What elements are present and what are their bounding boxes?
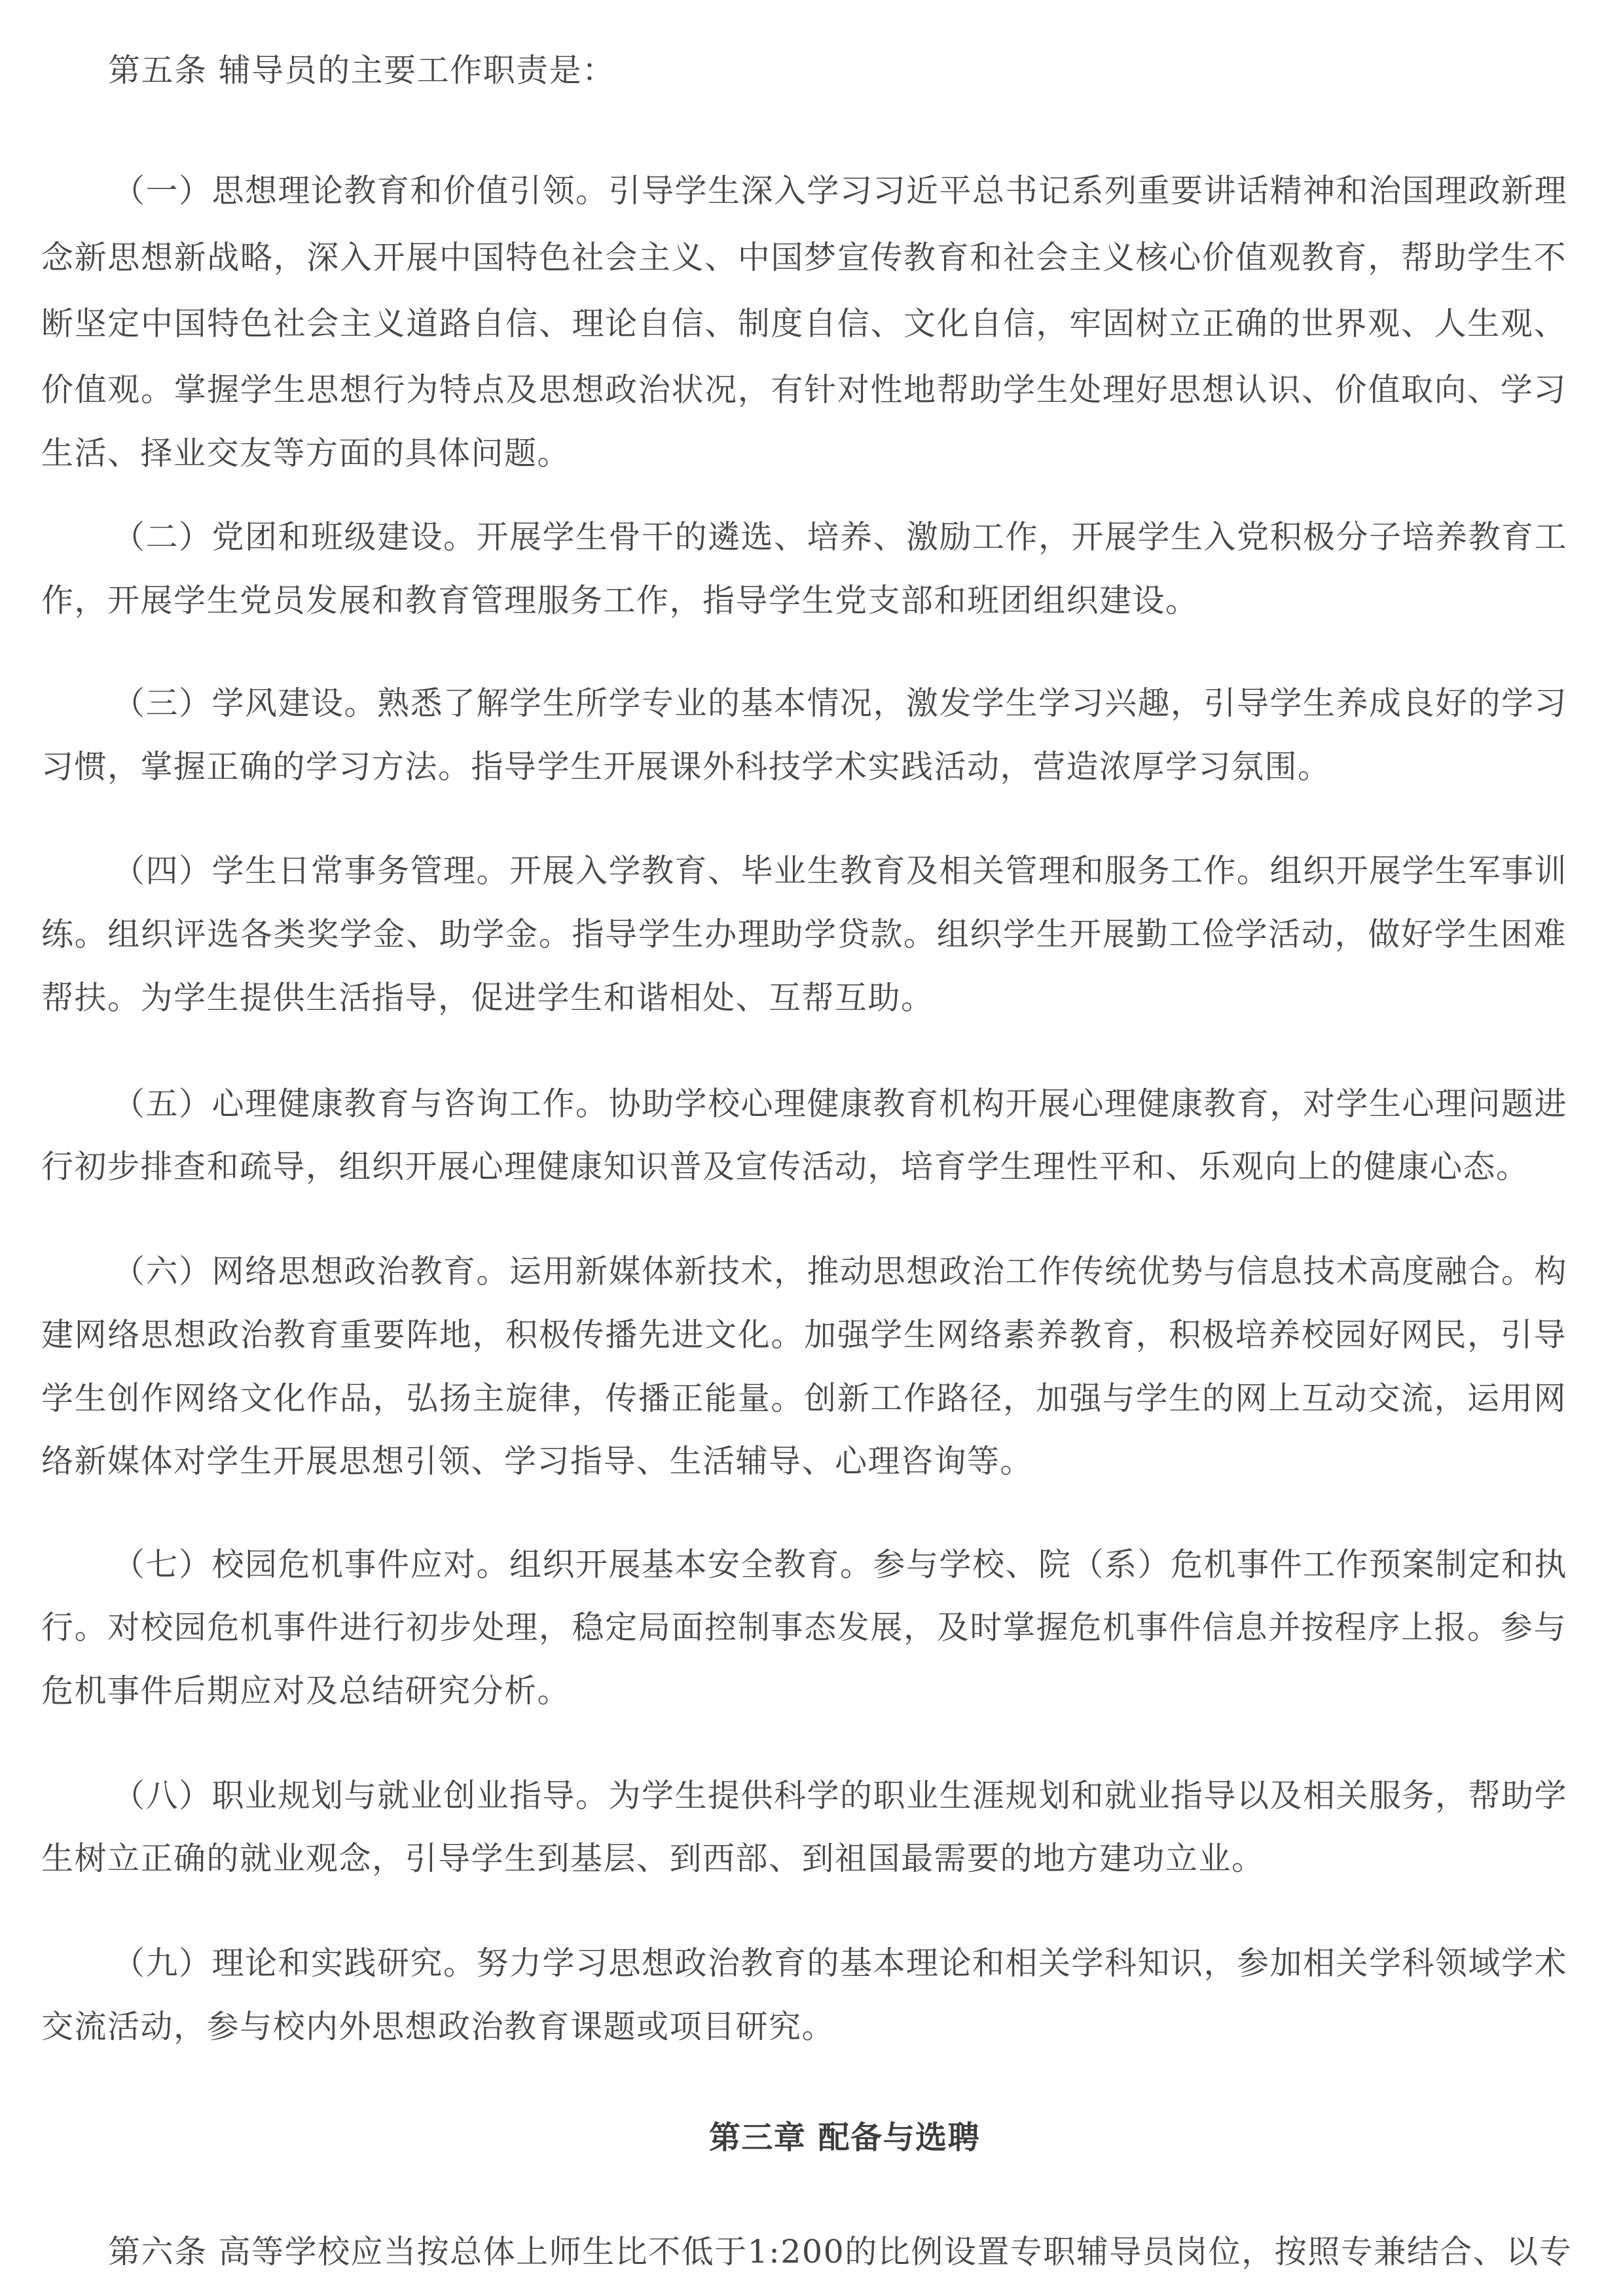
paragraph-5-line-1: （五）心理健康教育与咨询工作。协助学校心理健康教育机构开展心理健康教育，对学生心… — [113, 1085, 1567, 1124]
paragraph-1-line-3: 断坚定中国特色社会主义道路自信、理论自信、制度自信、文化自信，牢固树立正确的世界… — [41, 304, 1567, 344]
chapter-heading: 第三章 配备与选聘 — [0, 2118, 1623, 2157]
paragraph-9-line-1: （九）理论和实践研究。努力学习思想政治教育的基本理论和相关学科知识，参加相关学科… — [113, 1944, 1567, 1983]
paragraph-6-line-4: 络新媒体对学生开展思想引领、学习指导、生活辅导、心理咨询等。 — [41, 1442, 1567, 1481]
paragraph-1-line-4: 价值观。掌握学生思想行为特点及思想政治状况，有针对性地帮助学生处理好思想认识、价… — [41, 370, 1567, 410]
paragraph-6-line-2: 建网络思想政治教育重要阵地，积极传播先进文化。加强学生网络素养教育，积极培养校园… — [41, 1316, 1567, 1355]
paragraph-6-line-1: （六）网络思想政治教育。运用新媒体新技术，推动思想政治工作传统优势与信息技术高度… — [113, 1252, 1567, 1291]
paragraph-7-line-1: （七）校园危机事件应对。组织开展基本安全教育。参与学校、院（系）危机事件工作预案… — [113, 1545, 1567, 1585]
paragraph-1-line-1: （一）思想理论教育和价值引领。引导学生深入学习习近平总书记系列重要讲话精神和治国… — [113, 171, 1567, 211]
paragraph-8-line-2: 生树立正确的就业观念，引导学生到基层、到西部、到祖国最需要的地方建功立业。 — [41, 1839, 1567, 1878]
paragraph-2-line-2: 作，开展学生党员发展和教育管理服务工作，指导学生党支部和班团组织建设。 — [41, 581, 1567, 620]
article-5-title: 第五条 辅导员的主要工作职责是： — [108, 51, 615, 90]
paragraph-3-line-2: 习惯，掌握正确的学习方法。指导学生开展课外科技学术实践活动，营造浓厚学习氛围。 — [41, 747, 1567, 787]
paragraph-4-line-3: 帮扶。为学生提供生活指导，促进学生和谐相处、互帮互助。 — [41, 978, 1567, 1018]
document-page: 第五条 辅导员的主要工作职责是： （一）思想理论教育和价值引领。引导学生深入学习… — [0, 0, 1623, 2296]
paragraph-9-line-2: 交流活动，参与校内外思想政治教育课题或项目研究。 — [41, 2007, 1567, 2047]
paragraph-1-line-2: 念新思想新战略，深入开展中国特色社会主义、中国梦宣传教育和社会主义核心价值观教育… — [41, 238, 1567, 278]
paragraph-1-line-5: 生活、择业交友等方面的具体问题。 — [41, 434, 1567, 473]
paragraph-4-line-1: （四）学生日常事务管理。开展入学教育、毕业生教育及相关管理和服务工作。组织开展学… — [113, 852, 1567, 891]
paragraph-4-line-2: 练。组织评选各类奖学金、助学金。指导学生办理助学贷款。组织学生开展勤工俭学活动，… — [41, 915, 1567, 954]
paragraph-8-line-1: （八）职业规划与就业创业指导。为学生提供科学的职业生涯规划和就业指导以及相关服务… — [113, 1776, 1567, 1816]
paragraph-6-line-3: 学生创作网络文化作品，弘扬主旋律，传播正能量。创新工作路径，加强与学生的网上互动… — [41, 1379, 1567, 1418]
article-6-line-1: 第六条 高等学校应当按总体上师生比不低于1:200的比例设置专职辅导员岗位，按照… — [108, 2233, 1567, 2272]
paragraph-7-line-3: 危机事件后期应对及总结研究分析。 — [41, 1672, 1567, 1711]
paragraph-7-line-2: 行。对校园危机事件进行初步处理，稳定局面控制事态发展，及时掌握危机事件信息并按程… — [41, 1608, 1567, 1647]
paragraph-3-line-1: （三）学风建设。熟悉了解学生所学专业的基本情况，激发学生学习兴趣，引导学生养成良… — [113, 684, 1567, 723]
paragraph-5-line-2: 行初步排查和疏导，组织开展心理健康知识普及宣传活动，培育学生理性平和、乐观向上的… — [41, 1147, 1567, 1187]
paragraph-2-line-1: （二）党团和班级建设。开展学生骨干的遴选、培养、激励工作，开展学生入党积极分子培… — [113, 518, 1567, 557]
